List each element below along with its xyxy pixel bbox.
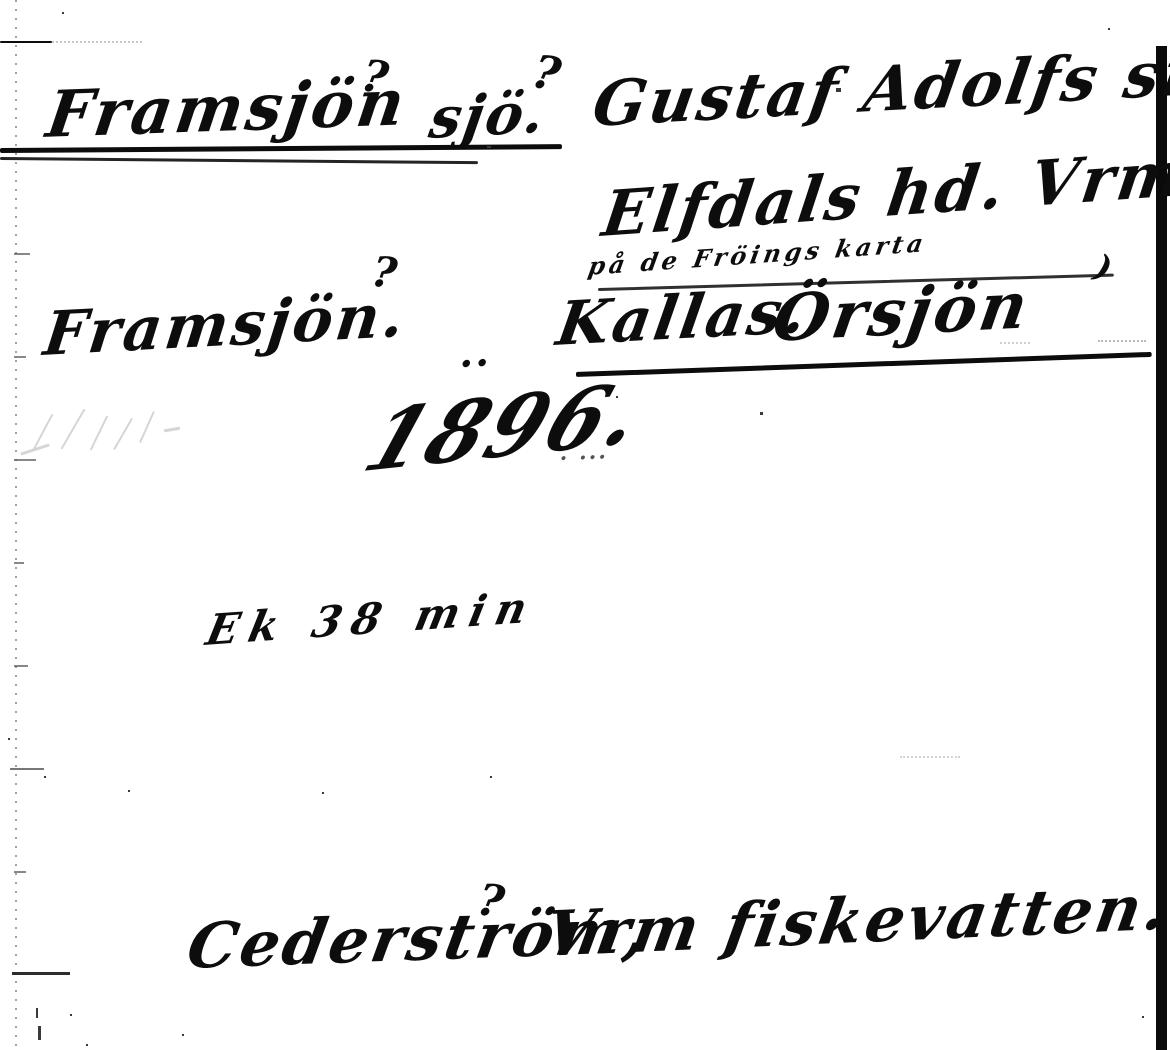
speckle	[1108, 28, 1110, 30]
ditto-dots: ..	[458, 328, 492, 377]
speckle	[616, 396, 618, 398]
speckle	[70, 1014, 72, 1016]
map-annotation-paren: )	[1090, 247, 1116, 288]
year-trailing-dots: . ...	[559, 438, 608, 466]
erased-pencil-marks	[14, 398, 194, 478]
map-sheet-note: Ek 38 min	[202, 582, 542, 655]
speckle	[490, 776, 492, 778]
headword-framsjon: Framsjön	[42, 65, 412, 153]
dotted-artifact	[1098, 340, 1146, 342]
top-left-rule-dots	[52, 41, 142, 43]
speckle	[487, 146, 491, 148]
margin-tick	[14, 253, 30, 255]
speckle	[86, 1044, 88, 1046]
question-mark: ?	[528, 44, 566, 102]
top-left-rule-fragment	[0, 41, 52, 43]
source-reference: Vrm fiskevatten.	[540, 870, 1170, 971]
dotted-artifact	[900, 756, 960, 758]
speckle	[322, 792, 324, 794]
scanned-card: Framsjön ? sjö. ? Gustaf Adolfs sn. Elfd…	[0, 0, 1170, 1050]
margin-tick	[12, 972, 70, 975]
margin-tick	[10, 768, 44, 770]
speckle	[44, 776, 46, 778]
dotted-artifact	[1000, 342, 1030, 344]
speckle	[836, 88, 841, 92]
headword-underline-2	[0, 157, 478, 164]
margin-tick	[14, 356, 26, 358]
speckle	[182, 1034, 184, 1036]
speckle	[36, 1008, 38, 1018]
speckle	[62, 12, 64, 14]
margin-tick	[14, 665, 28, 667]
alt-name-underline	[576, 352, 1152, 377]
parish-name: Gustaf Adolfs sn.	[588, 34, 1170, 141]
margin-tick	[14, 562, 24, 564]
margin-tick	[14, 871, 26, 873]
speckle	[760, 412, 763, 415]
speckle	[1142, 1016, 1144, 1018]
speckle	[8, 738, 10, 740]
alt-name-orsjon: Örsjön	[768, 268, 1036, 357]
year: 1896.	[352, 363, 659, 492]
speckle	[38, 1026, 41, 1040]
speckle	[128, 790, 130, 792]
headword-framsjon-2: Framsjön.	[40, 280, 411, 370]
